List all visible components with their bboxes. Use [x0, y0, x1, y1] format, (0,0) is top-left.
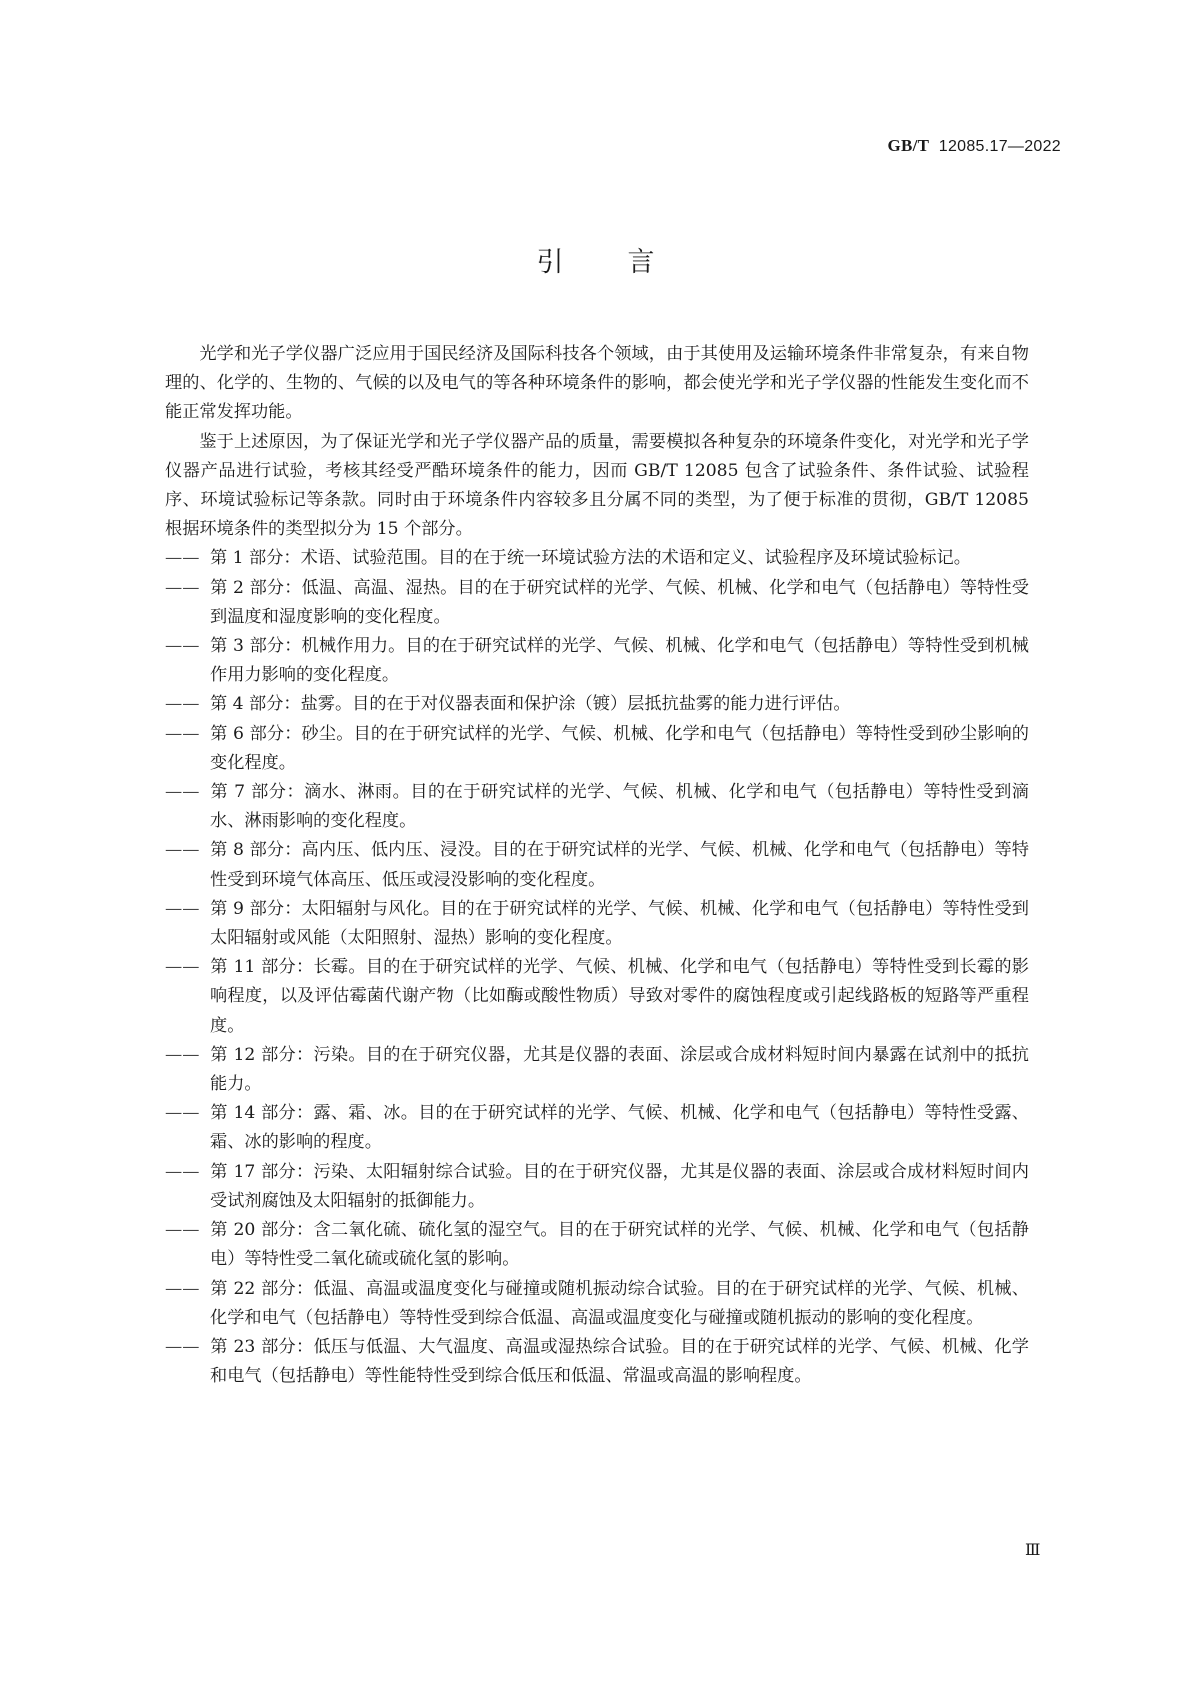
- dash-marker: ——: [165, 1041, 210, 1070]
- dash-marker: ——: [165, 1333, 210, 1362]
- dash-marker: ——: [165, 1275, 210, 1304]
- dash-marker: ——: [165, 632, 210, 661]
- dash-marker: ——: [165, 895, 210, 924]
- list-item-part-23: ——第 23 部分：低压与低温、大气温度、高温或湿热综合试验。目的在于研究试样的…: [165, 1333, 1029, 1391]
- dash-marker: ——: [165, 574, 210, 603]
- dash-marker: ——: [165, 720, 210, 749]
- intro-paragraph-1: 光学和光子学仪器广泛应用于国民经济及国际科技各个领域，由于其使用及运输环境条件非…: [165, 340, 1029, 428]
- list-item-part-9: ——第 9 部分：太阳辐射与风化。目的在于研究试样的光学、气候、机械、化学和电气…: [165, 895, 1029, 953]
- list-item-part-17: ——第 17 部分：污染、太阳辐射综合试验。目的在于研究仪器，尤其是仪器的表面、…: [165, 1158, 1029, 1216]
- document-body: 光学和光子学仪器广泛应用于国民经济及国际科技各个领域，由于其使用及运输环境条件非…: [165, 340, 1029, 1391]
- standard-number: 12085.17—2022: [939, 138, 1061, 155]
- standard-code: GB/T 12085.17—2022: [887, 136, 1061, 156]
- dash-marker: ——: [165, 690, 210, 719]
- page-title: 引言: [0, 240, 1191, 279]
- list-item-part-2: ——第 2 部分：低温、高温、湿热。目的在于研究试样的光学、气候、机械、化学和电…: [165, 574, 1029, 632]
- list-item-part-7: ——第 7 部分：滴水、淋雨。目的在于研究试样的光学、气候、机械、化学和电气（包…: [165, 778, 1029, 836]
- dash-marker: ——: [165, 836, 210, 865]
- dash-marker: ——: [165, 544, 210, 573]
- dash-marker: ——: [165, 1158, 210, 1187]
- list-item-part-11: ——第 11 部分：长霉。目的在于研究试样的光学、气候、机械、化学和电气（包括静…: [165, 953, 1029, 1041]
- list-item-part-22: ——第 22 部分：低温、高温或温度变化与碰撞或随机振动综合试验。目的在于研究试…: [165, 1275, 1029, 1333]
- list-item-part-4: ——第 4 部分：盐雾。目的在于对仪器表面和保护涂（镀）层抵抗盐雾的能力进行评估…: [165, 690, 1029, 719]
- list-item-part-6: ——第 6 部分：砂尘。目的在于研究试样的光学、气候、机械、化学和电气（包括静电…: [165, 720, 1029, 778]
- list-item-part-3: ——第 3 部分：机械作用力。目的在于研究试样的光学、气候、机械、化学和电气（包…: [165, 632, 1029, 690]
- list-item-part-14: ——第 14 部分：露、霜、冰。目的在于研究试样的光学、气候、机械、化学和电气（…: [165, 1099, 1029, 1157]
- list-item-part-1: ——第 1 部分：术语、试验范围。目的在于统一环境试验方法的术语和定义、试验程序…: [165, 544, 1029, 573]
- dash-marker: ——: [165, 778, 210, 807]
- dash-marker: ——: [165, 1099, 210, 1128]
- list-item-part-12: ——第 12 部分：污染。目的在于研究仪器，尤其是仪器的表面、涂层或合成材料短时…: [165, 1041, 1029, 1099]
- list-item-part-20: ——第 20 部分：含二氧化硫、硫化氢的湿空气。目的在于研究试样的光学、气候、机…: [165, 1216, 1029, 1274]
- intro-paragraph-2: 鉴于上述原因，为了保证光学和光子学仪器产品的质量，需要模拟各种复杂的环境条件变化…: [165, 428, 1029, 545]
- dash-marker: ——: [165, 1216, 210, 1245]
- dash-marker: ——: [165, 953, 210, 982]
- standard-prefix: GB/T: [887, 136, 929, 155]
- list-item-part-8: ——第 8 部分：高内压、低内压、浸没。目的在于研究试样的光学、气候、机械、化学…: [165, 836, 1029, 894]
- page-number: Ⅲ: [1025, 1540, 1040, 1559]
